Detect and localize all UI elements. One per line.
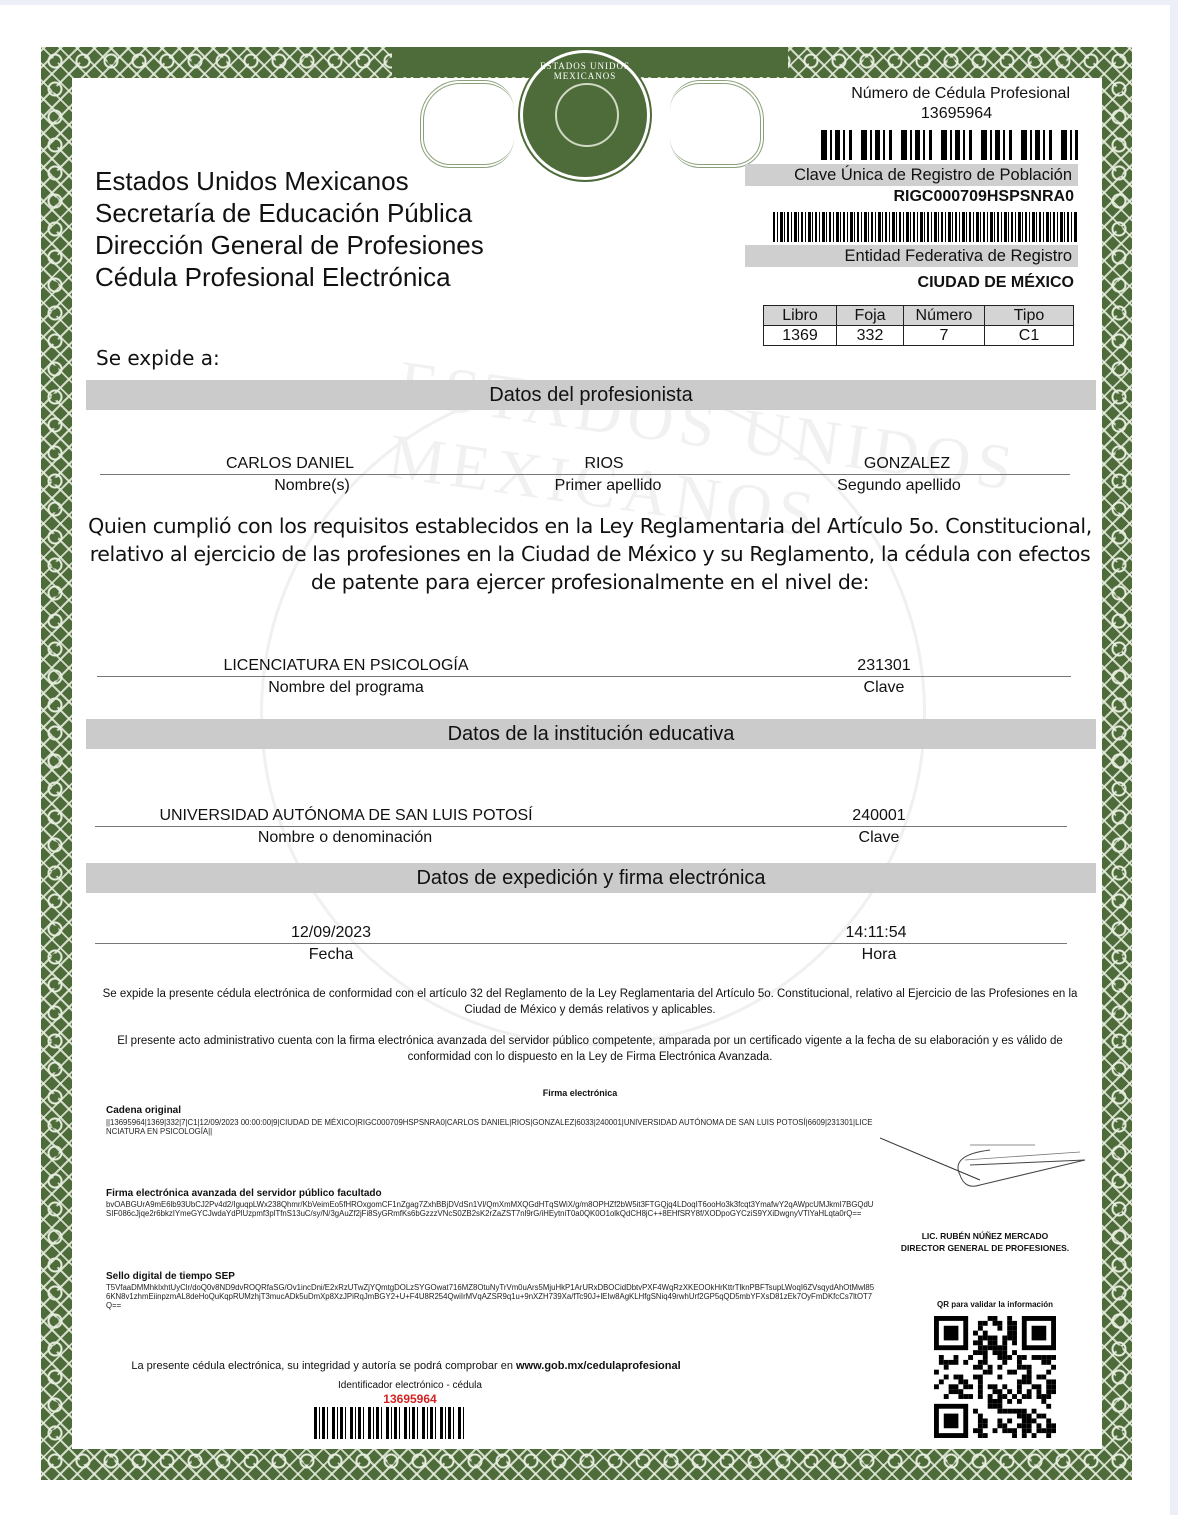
- national-seal-icon: ESTADOS UNIDOS MEXICANOS: [520, 50, 650, 180]
- legal-paragraph-1: Se expide la presente cédula electrónica…: [100, 986, 1080, 1018]
- table-header: Libro: [764, 306, 837, 326]
- cadena-title: Cadena original: [106, 1105, 181, 1116]
- section-header-issuance: Datos de expedición y firma electrónica: [86, 863, 1096, 893]
- firma-value: bvOABGUrA9mE6lb93UbCJ2Pv4d2/IguqpLWx238Q…: [106, 1200, 876, 1218]
- qr-code-icon[interactable]: [934, 1316, 1056, 1438]
- program-row: LICENCIATURA EN PSICOLOGÍA Nombre del pr…: [97, 676, 1071, 677]
- page-top-strip: [0, 0, 1178, 5]
- handwritten-signature-icon: [880, 1130, 1090, 1200]
- signer-block: LIC. RUBÉN NÚÑEZ MERCADO DIRECTOR GENERA…: [880, 1230, 1090, 1254]
- ident-label: Identificador electrónico - cédula: [300, 1380, 520, 1391]
- second-surname-value: GONZALEZ: [864, 455, 950, 473]
- names-label: Nombre(s): [274, 477, 350, 495]
- table-cell: C1: [985, 326, 1074, 346]
- table-cell: 332: [837, 326, 904, 346]
- issuance-row: 12/09/2023 Fecha 14:11:54 Hora: [95, 943, 1067, 944]
- agency-header: Estados Unidos Mexicanos Secretaría de E…: [95, 165, 484, 293]
- table-cell: 7: [904, 326, 985, 346]
- agency-line: Dirección General de Profesiones: [95, 229, 484, 261]
- curp-label: Clave Única de Registro de Población: [745, 164, 1078, 186]
- cedula-barcode-icon: [821, 130, 1078, 160]
- issue-date-label: Fecha: [309, 946, 353, 964]
- table-header: Tipo: [985, 306, 1074, 326]
- legal-statement: Quien cumplió con los requisitos estable…: [80, 512, 1100, 596]
- issue-time-label: Hora: [862, 946, 897, 964]
- signer-title: DIRECTOR GENERAL DE PROFESIONES.: [880, 1242, 1090, 1254]
- section-header-professional: Datos del profesionista: [86, 380, 1096, 410]
- legal-paragraph-2: El presente acto administrativo cuenta c…: [100, 1033, 1080, 1065]
- cedula-number-label: Número de Cédula Profesional: [745, 84, 1078, 104]
- second-surname-label: Segundo apellido: [837, 477, 961, 495]
- registry-table: Libro Foja Número Tipo 1369 332 7 C1: [763, 305, 1074, 346]
- signer-name: LIC. RUBÉN NÚÑEZ MERCADO: [880, 1230, 1090, 1242]
- program-key: 231301: [857, 657, 910, 675]
- qr-label: QR para validar la información: [920, 1300, 1070, 1309]
- signature-section-title: Firma electrónica: [480, 1088, 680, 1098]
- verify-text: La presente cédula electrónica, su integ…: [106, 1360, 706, 1372]
- ident-barcode-icon: [314, 1407, 466, 1439]
- scrollbar-track[interactable]: [1170, 0, 1178, 1515]
- program-key-label: Clave: [864, 679, 905, 697]
- program-name-label: Nombre del programa: [268, 679, 424, 697]
- names-value: CARLOS DANIEL: [226, 455, 354, 473]
- institution-name-label: Nombre o denominación: [258, 829, 432, 847]
- entidad-value: CIUDAD DE MÉXICO: [745, 271, 1078, 295]
- table-cell: 1369: [764, 326, 837, 346]
- registry-block: Número de Cédula Profesional 13695964 Cl…: [745, 84, 1078, 295]
- first-surname-label: Primer apellido: [555, 477, 662, 495]
- table-header: Foja: [837, 306, 904, 326]
- institution-name: UNIVERSIDAD AUTÓNOMA DE SAN LUIS POTOSÍ: [159, 807, 532, 825]
- program-name: LICENCIATURA EN PSICOLOGÍA: [223, 657, 468, 675]
- cedula-number: 13695964: [835, 104, 1078, 124]
- curp-barcode-icon: [773, 212, 1078, 242]
- sello-value: T5VfaaDMMhkIxhtUyClr/doQ0v8ND9dvROQRfaSG…: [106, 1283, 876, 1310]
- institution-row: UNIVERSIDAD AUTÓNOMA DE SAN LUIS POTOSÍ …: [95, 826, 1067, 827]
- issue-date: 12/09/2023: [291, 924, 371, 942]
- curp-value: RIGC000709HSPSNRA0: [745, 186, 1078, 208]
- agency-line: Secretaría de Educación Pública: [95, 197, 484, 229]
- seal-text: ESTADOS UNIDOS MEXICANOS: [523, 61, 647, 81]
- ident-number: 13695964: [300, 1392, 520, 1406]
- sello-title: Sello digital de tiempo SEP: [106, 1271, 235, 1282]
- institution-key-label: Clave: [859, 829, 900, 847]
- section-header-institution: Datos de la institución educativa: [86, 719, 1096, 749]
- verify-sentence: La presente cédula electrónica, su integ…: [131, 1360, 516, 1372]
- issued-to-label: Se expide a:: [96, 346, 220, 370]
- institution-key: 240001: [852, 807, 905, 825]
- cadena-value: ||13695964|1369|332|7|C1|12/09/2023 00:0…: [106, 1118, 876, 1136]
- verify-url-link[interactable]: www.gob.mx/cedulaprofesional: [516, 1360, 681, 1372]
- agency-line: Estados Unidos Mexicanos: [95, 165, 484, 197]
- first-surname-value: RIOS: [584, 455, 623, 473]
- issue-time: 14:11:54: [845, 924, 906, 942]
- professional-name-row: CARLOS DANIEL Nombre(s) RIOS Primer apel…: [100, 474, 1070, 475]
- scroll-ornament-left: [420, 80, 514, 168]
- firma-title: Firma electrónica avanzada del servidor …: [106, 1188, 382, 1199]
- eagle-icon: [555, 83, 619, 147]
- entidad-label: Entidad Federativa de Registro: [745, 245, 1078, 267]
- agency-line: Cédula Profesional Electrónica: [95, 261, 484, 293]
- table-header: Número: [904, 306, 985, 326]
